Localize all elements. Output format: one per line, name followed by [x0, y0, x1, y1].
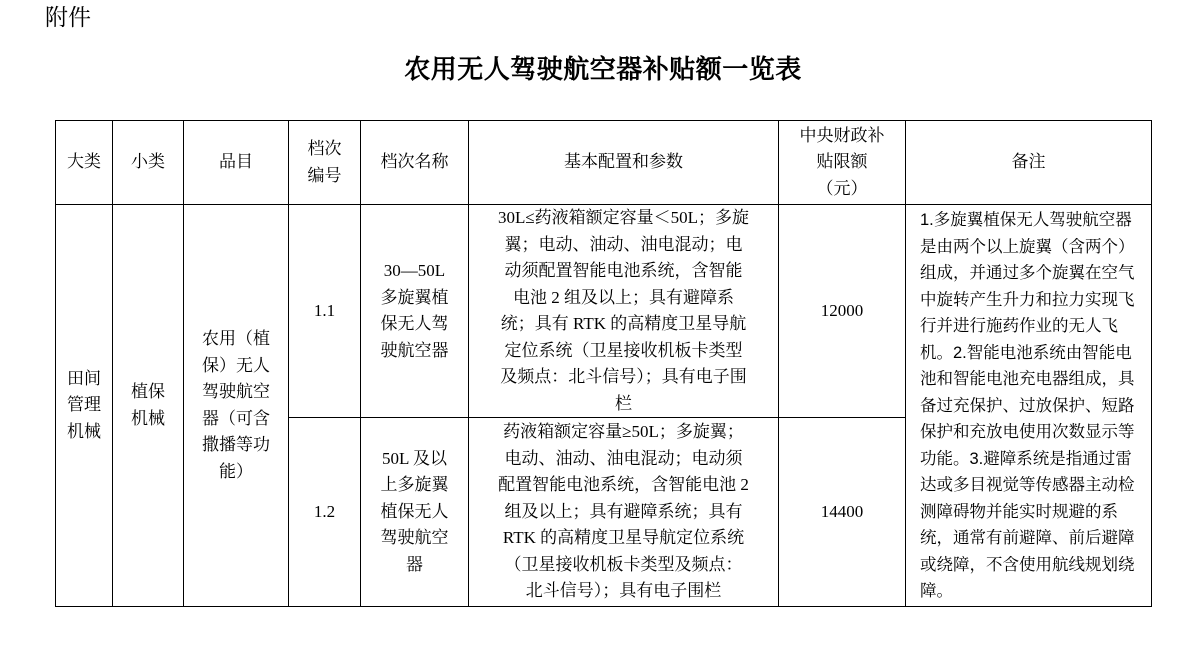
subsidy-table: 大类 小类 品目 档次编号 档次名称 基本配置和参数 中央财政补贴限额（元） 备… — [55, 120, 1152, 607]
header-config: 基本配置和参数 — [469, 121, 779, 205]
cell-grade-no: 1.2 — [289, 418, 361, 607]
cell-subcategory: 植保机械 — [113, 205, 184, 607]
header-item: 品目 — [184, 121, 289, 205]
cell-grade-name: 30—50L多旋翼植保无人驾驶航空器 — [361, 205, 469, 418]
header-grade-name: 档次名称 — [361, 121, 469, 205]
cell-grade-no: 1.1 — [289, 205, 361, 418]
header-row: 大类 小类 品目 档次编号 档次名称 基本配置和参数 中央财政补贴限额（元） 备… — [56, 121, 1152, 205]
cell-subsidy: 12000 — [779, 205, 906, 418]
cell-item: 农用（植保）无人驾驶航空器（可含撒播等功能） — [184, 205, 289, 607]
header-subcategory: 小类 — [113, 121, 184, 205]
header-category: 大类 — [56, 121, 113, 205]
page-title: 农用无人驾驶航空器补贴额一览表 — [55, 52, 1151, 86]
header-grade-no: 档次编号 — [289, 121, 361, 205]
cell-config: 药液箱额定容量≥50L；多旋翼；电动、油动、油电混动；电动须配置智能电池系统，含… — [469, 418, 779, 607]
table-row: 田间管理机械 植保机械 农用（植保）无人驾驶航空器（可含撒播等功能） 1.1 3… — [56, 205, 1152, 418]
cell-category: 田间管理机械 — [56, 205, 113, 607]
cell-config: 30L≤药液箱额定容量＜50L；多旋翼；电动、油动、油电混动；电动须配置智能电池… — [469, 205, 779, 418]
cell-remark: 1.多旋翼植保无人驾驶航空器是由两个以上旋翼（含两个）组成，并通过多个旋翼在空气… — [906, 205, 1152, 607]
header-remark: 备注 — [906, 121, 1152, 205]
cell-subsidy: 14400 — [779, 418, 906, 607]
header-subsidy-limit: 中央财政补贴限额（元） — [779, 121, 906, 205]
attachment-label: 附件 — [45, 3, 91, 31]
cell-grade-name: 50L 及以上多旋翼植保无人驾驶航空器 — [361, 418, 469, 607]
